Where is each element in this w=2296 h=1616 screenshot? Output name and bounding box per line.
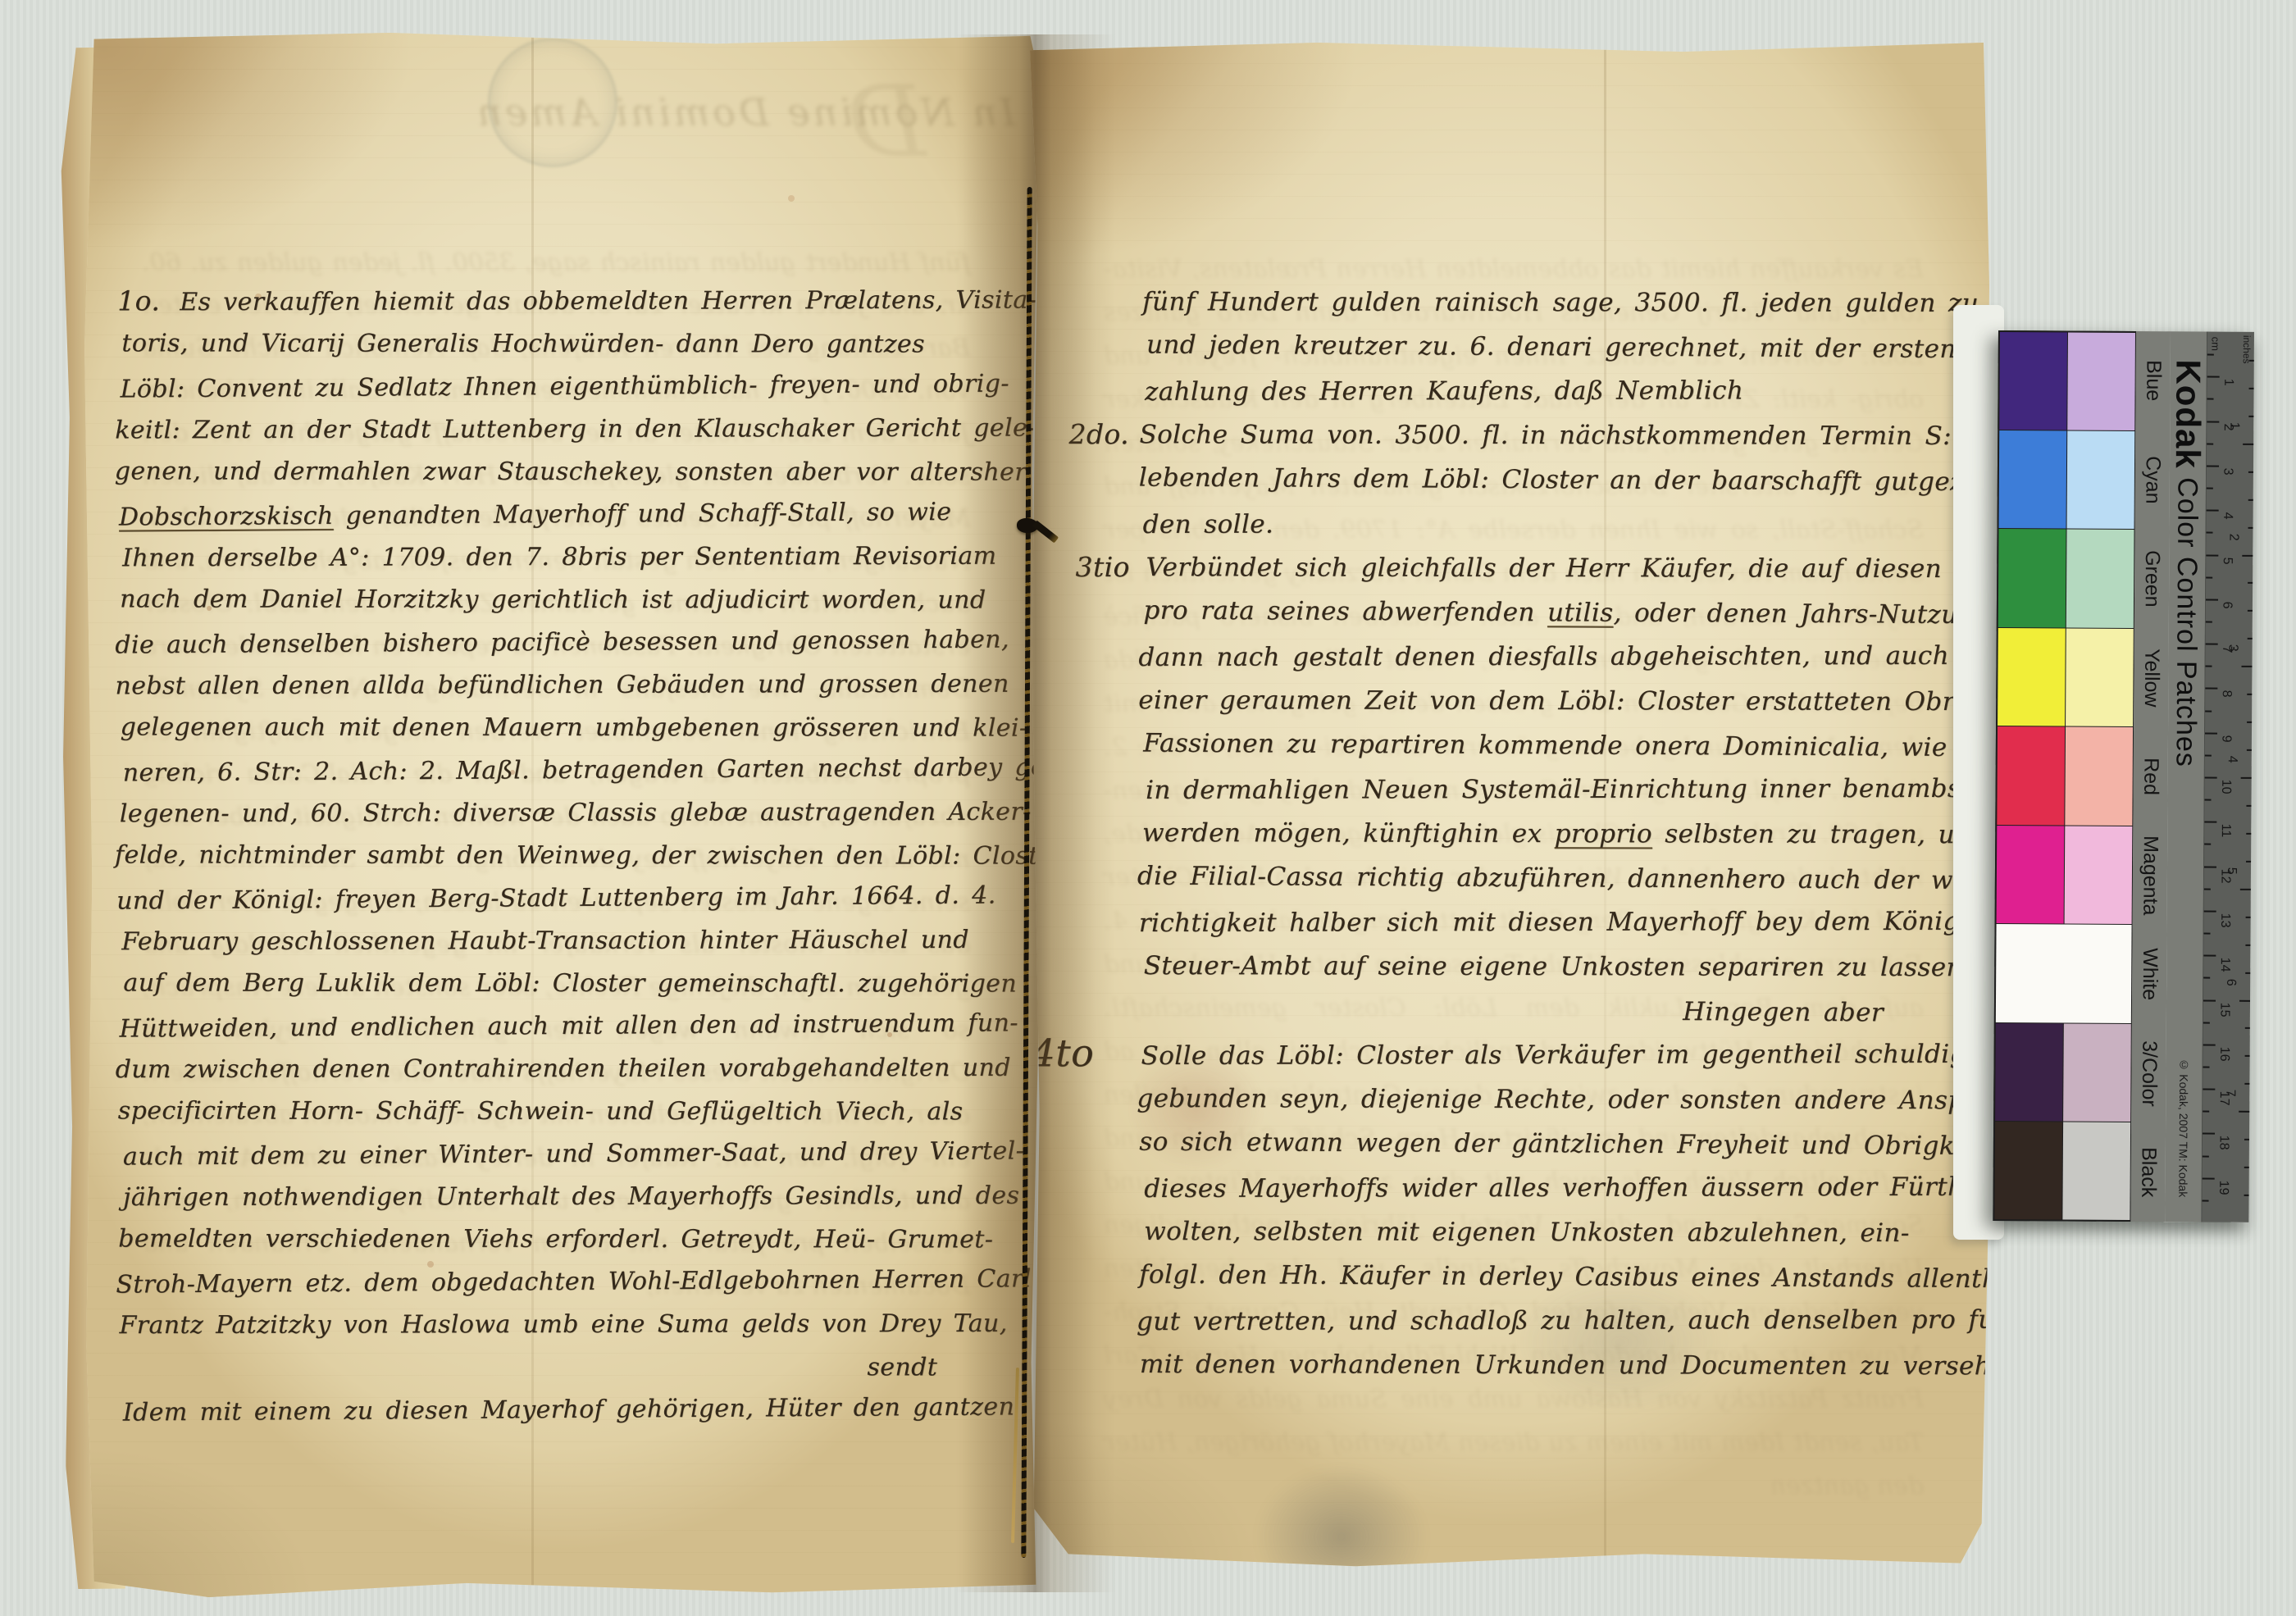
ruler-tick — [2244, 1139, 2249, 1140]
manuscript-line: legenen- und, 60. Strch: diversæ Classis… — [119, 791, 1014, 835]
patch-name-cell: White — [2132, 925, 2166, 1024]
ruler-tick — [2203, 1022, 2209, 1023]
ruler-tick — [2204, 844, 2211, 845]
handwritten-text-block: 1o.Es verkauffen hiemit das obbemeldten … — [117, 278, 1016, 1433]
manuscript-line: dann nach gestalt denen diesfalls abgehe… — [1066, 634, 1961, 680]
ruler-tick — [2203, 1089, 2215, 1090]
manuscript-line-text: gelegenen auch mit denen Mauern umbgeben… — [121, 712, 1028, 742]
manuscript-line-text: Steuer-Ambt auf seine eigene Unkosten se… — [1144, 951, 1972, 982]
manuscript-line-text: Hingegen aber — [1683, 997, 1884, 1027]
color-patch — [1995, 1023, 2063, 1122]
color-patch — [2066, 628, 2134, 726]
ruler-tick — [2203, 910, 2216, 912]
manuscript-line: Fassionen zu repartiren kommende onera D… — [1071, 721, 1961, 770]
manuscript-line: jährigen nothwendigen Unterhalt des Maye… — [123, 1175, 1015, 1219]
manuscript-line-text: so sich etwann wegen der gäntzlichen Fre… — [1139, 1127, 2088, 1162]
ruler-tick — [2249, 360, 2254, 362]
manuscript-line: mit denen vorhandenen Urkunden und Docum… — [1068, 1342, 1961, 1388]
ruler-tick — [2241, 777, 2252, 779]
ruler-tick — [2246, 805, 2251, 807]
ruler-tick — [2203, 933, 2210, 935]
manuscript-line: den solle. — [1071, 501, 1962, 547]
patch-name-cell: Blue — [2136, 331, 2171, 430]
ruler-tick — [2248, 610, 2253, 612]
ruler-tick — [2207, 354, 2213, 356]
ruler-number: 16 — [2216, 1046, 2231, 1061]
ruler-tick — [2244, 1195, 2249, 1196]
manuscript-line-text: gebunden seyn, diejenige Rechte, oder so… — [1137, 1084, 2034, 1115]
manuscript-line-text: wolten, selbsten mit eigenen Unkosten ab… — [1144, 1217, 1910, 1248]
ruler-number: 19 — [2216, 1180, 2230, 1195]
ruler-tick — [2248, 526, 2253, 528]
manuscript-line: Ihnen derselbe A°: 1709. den 7. 8bris pe… — [122, 535, 1014, 580]
ruler-number: 10 — [2218, 780, 2233, 794]
ruler-tick — [2247, 722, 2252, 723]
manuscript-line-text: und der Königl: freyen Berg-Stadt Lutten… — [116, 881, 996, 916]
manuscript-line-text: neren, 6. Str: 2. Ach: 2. Maßl. betragen… — [123, 753, 1055, 787]
strip-copyright: © Kodak, 2007 TM: Kodak — [2176, 1058, 2190, 1198]
ruler-tick — [2246, 861, 2251, 863]
manuscript-line-text: Dobschorzskisch genandten Mayerhoff und … — [119, 498, 952, 532]
ruler-number: 6 — [2219, 601, 2234, 608]
manuscript-line: gelegenen auch mit denen Mauern umbgeben… — [121, 706, 1014, 749]
ruler-tick — [2245, 1027, 2250, 1029]
ruler-number: 9 — [2218, 735, 2233, 742]
patch-name-cell: Magenta — [2133, 826, 2167, 925]
color-patch — [1998, 430, 2066, 529]
manuscript-line-text: Solle das Löbl: Closter als Verkäufer im… — [1141, 1040, 2029, 1071]
handwritten-text-block: fünf Hundert gulden rainisch sage, 3500.… — [1068, 280, 1962, 1388]
manuscript-line: dieses Mayerhoffs wider alles verhoffen … — [1072, 1165, 1961, 1211]
archival-photo: In Nomine Domini Amen D fünf Hundert gul… — [0, 0, 2296, 1616]
manuscript-line-text: Hüttweiden, und endlichen auch mit allen… — [119, 1008, 1018, 1043]
manuscript-line: nebst allen denen allda befündlichen Geb… — [116, 663, 1014, 708]
ruler-tick — [2241, 666, 2252, 667]
manuscript-line: dum zwischen denen Contrahirenden theile… — [116, 1047, 1015, 1091]
manuscript-line-text: den solle. — [1143, 510, 1274, 539]
manuscript-line-text: keitl: Zent an der Stadt Luttenberg in d… — [115, 413, 1036, 444]
ruler-tick — [2207, 398, 2213, 400]
color-patch — [2062, 1122, 2130, 1220]
manuscript-line: Löbl: Convent zu Sedlatz Ihnen eigenthüm… — [120, 362, 1014, 411]
ruler-number: 5 — [2220, 557, 2234, 564]
ruler-tick — [2206, 510, 2218, 512]
manuscript-line: neren, 6. Str: 2. Ach: 2. Maßl. betragen… — [122, 746, 1014, 794]
section-marker: 3tio — [1076, 545, 1130, 589]
ruler-tick — [2247, 749, 2252, 751]
ruler-number: 14 — [2217, 958, 2232, 972]
ruler-number: 13 — [2217, 913, 2232, 928]
patch-name-cell: 3/Color — [2131, 1024, 2166, 1123]
ruler-tick — [2205, 644, 2217, 645]
color-patch — [2066, 430, 2134, 529]
kodak-brand-label: Kodak — [2169, 359, 2208, 469]
color-patch-row — [1998, 331, 2135, 430]
ruler-tick — [2203, 977, 2210, 979]
manuscript-line-text: folgl. den Hh. Käufer in derley Casibus … — [1139, 1260, 2071, 1295]
color-patch — [1998, 628, 2066, 726]
manuscript-line: specificirten Horn- Schäff- Schwein- und… — [118, 1090, 1015, 1134]
manuscript-line-text: auf dem Berg Luklik dem Löbl: Closter ge… — [123, 969, 1017, 999]
manuscript-line: in dermahligen Neuen Systemäl-Einrichtun… — [1073, 767, 1961, 813]
manuscript-line: werden mögen, künftighin ex proprio selb… — [1069, 811, 1961, 857]
color-patch-row — [1996, 825, 2133, 924]
color-patch — [1999, 332, 2067, 430]
ruler-tick — [2247, 694, 2252, 695]
manuscript-line: 4toSolle das Löbl: Closter als Verkäufer… — [1068, 1032, 1961, 1078]
ruler-number: 3 — [2225, 644, 2240, 652]
color-patch-row — [1997, 627, 2134, 726]
manuscript-line-text: bemeldten verschiedenen Viehs erforderl.… — [119, 1225, 994, 1254]
manuscript-line-text: nebst allen denen allda befündlichen Geb… — [116, 670, 1009, 701]
manuscript-line-text: toris, und Vicarij Generalis Hochwürden-… — [121, 329, 925, 358]
manuscript-line-text: auch mit dem zu einer Winter- und Sommer… — [123, 1136, 1024, 1171]
ruler-tick — [2204, 822, 2216, 823]
color-patch — [2067, 332, 2135, 430]
patch-name-cell: Red — [2134, 727, 2168, 826]
manuscript-line-text: die Filial-Cassa richtig abzuführen, dan… — [1137, 862, 2030, 896]
manuscript-line-text: Verbündet sich gleichfalls der Herr Käuf… — [1146, 553, 2091, 584]
ruler-tick — [2203, 955, 2216, 957]
section-marker: 2do. — [1068, 412, 1129, 457]
ruler-number: 1 — [2221, 379, 2235, 386]
ruler-tick — [2206, 599, 2218, 600]
patch-name-cell: Yellow — [2134, 628, 2168, 727]
manuscript-line-text: Idem mit einem zu diesen Mayerhof gehöri… — [123, 1392, 1015, 1427]
manuscript-line: und jeden kreutzer zu. 6. denari gerechn… — [1074, 322, 1962, 371]
ruler-tick — [2249, 388, 2254, 389]
ruler-tick — [2248, 416, 2253, 417]
ruler-tick — [2242, 554, 2253, 556]
manuscript-line: Hingegen aber — [1073, 986, 1961, 1036]
manuscript-line-text: in dermahligen Neuen Systemäl-Einrichtun… — [1146, 774, 1987, 805]
ruler-number: 11 — [2218, 824, 2233, 838]
ruler-tick — [2203, 1066, 2209, 1067]
patch-name-label: 3/Color — [2137, 1040, 2161, 1107]
manuscript-line: einer geraumen Zeit von dem Löbl: Closte… — [1066, 678, 1961, 724]
kodak-color-control-strip: BlueCyanGreenYellowRedMagentaWhite3/Colo… — [1993, 330, 2254, 1222]
manuscript-line-text: Es verkauffen hiemit das obbemeldten Her… — [180, 285, 1036, 316]
color-patch-row — [1998, 529, 2134, 628]
manuscript-line-text: dum zwischen denen Contrahirenden theile… — [116, 1054, 1011, 1084]
ruler-tick — [2207, 465, 2219, 467]
ruler-tick — [2245, 944, 2250, 945]
manuscript-line: auch mit dem zu einer Winter- und Sommer… — [123, 1130, 1016, 1178]
ruler-tick — [2203, 1133, 2215, 1135]
ruler-number: 6 — [2223, 978, 2238, 986]
manuscript-line-text: Solche Suma von. 3500. fl. in nächstkomm… — [1139, 420, 2089, 451]
color-patch — [1997, 726, 2065, 825]
manuscript-line: die auch denselben bishero pacificè bese… — [115, 618, 1014, 667]
ruler-number: 7 — [2222, 1090, 2237, 1097]
patch-name-label: Cyan — [2140, 456, 2164, 504]
ruler-tick — [2202, 1199, 2208, 1201]
ruler-tick — [2205, 710, 2212, 712]
manuscript-line: pro rata seines abwerfenden utilis, oder… — [1071, 588, 1962, 637]
ruler-tick — [2205, 732, 2217, 734]
ruler-tick — [2248, 638, 2253, 640]
ruler-tick — [2207, 376, 2219, 378]
manuscript-line: folgl. den Hh. Käufer in derley Casibus … — [1067, 1252, 1961, 1301]
ruler-tick — [2205, 621, 2212, 622]
color-patch — [1998, 529, 2066, 627]
ruler-tick — [2204, 866, 2216, 867]
manuscript-line: Hüttweiden, und endlichen auch mit allen… — [119, 1002, 1015, 1050]
manuscript-line: keitl: Zent an der Stadt Luttenberg in d… — [115, 407, 1014, 453]
ruler-cm-label: cm — [2209, 337, 2221, 351]
ruler-tick — [2204, 777, 2216, 779]
color-patch-row — [1994, 1022, 2131, 1122]
manuscript-line-text: jährigen nothwendigen Unterhalt des Maye… — [123, 1181, 1019, 1212]
manuscript-line: 2do.Solche Suma von. 3500. fl. in nächst… — [1067, 412, 1961, 458]
manuscript-line: richtigkeit halber sich mit diesen Mayer… — [1067, 899, 1961, 945]
bleed-through-title: In Nomine Domini Amen — [269, 90, 1015, 134]
ruler-number: 3 — [2220, 468, 2234, 476]
ruler-tick — [2206, 554, 2218, 556]
manuscript-line: Dobschorzskisch genandten Mayerhoff und … — [119, 490, 1014, 539]
strip-title-column: Kodak Color Control Patches © Kodak, 200… — [2165, 331, 2206, 1222]
manuscript-line-text: richtigkeit halber sich mit diesen Mayer… — [1139, 906, 2064, 938]
manuscript-line-text: Löbl: Convent zu Sedlatz Ihnen eigenthüm… — [120, 370, 1009, 404]
ruler-tick — [2202, 1177, 2214, 1179]
color-patch — [1994, 1122, 2062, 1220]
manuscript-line: Stroh-Mayern etz. dem obgedachten Wohl-E… — [116, 1258, 1015, 1306]
foxing-spots — [84, 33, 88, 36]
ruler-tick — [2244, 1083, 2249, 1085]
manuscript-line: gebunden seyn, diejenige Rechte, oder so… — [1064, 1077, 1961, 1122]
section-marker: 1o. — [117, 280, 160, 322]
ruler-tick — [2206, 488, 2212, 489]
manuscript-line: bemeldten verschiedenen Viehs erforderl.… — [119, 1218, 1016, 1262]
ruler-tick — [2245, 972, 2250, 973]
ruler-tick — [2245, 1055, 2250, 1057]
manuscript-line-text: Stroh-Mayern etz. dem obgedachten Wohl-E… — [116, 1264, 1032, 1299]
strip-title-rest: Color Control Patches — [2171, 469, 2203, 767]
manuscript-line: Steuer-Ambt auf seine eigene Unkosten se… — [1072, 944, 1961, 990]
ruler-tick — [2246, 917, 2251, 918]
manuscript-line: 3tioVerbündet sich gleichfalls der Herr … — [1074, 545, 1962, 591]
patch-name-cell: Black — [2131, 1122, 2166, 1222]
manuscript-line: nach dem Daniel Horzitzky gerichtlich is… — [120, 578, 1014, 621]
manuscript-line-text: genen, und dermahlen zwar Stauschekey, s… — [114, 457, 1026, 486]
manuscript-line-text: Frantz Patzitzky von Haslowa umb eine Su… — [119, 1309, 1007, 1340]
ruler-tick — [2204, 754, 2211, 756]
manuscript-line: Idem mit einem zu diesen Mayerhof gehöri… — [123, 1386, 1016, 1434]
patch-name-label: White — [2138, 948, 2162, 1000]
ruler-tick — [2243, 444, 2253, 445]
gray-stain — [1255, 1465, 1428, 1609]
manuscript-line: gut vertretten, und schadloß zu halten, … — [1064, 1298, 1961, 1344]
manuscript-line: fünf Hundert gulden rainisch sage, 3500.… — [1070, 280, 1962, 325]
color-patch-row — [1993, 1121, 2130, 1220]
manuscript-line: so sich etwann wegen der gäntzlichen Fre… — [1067, 1119, 1961, 1168]
color-patch — [1995, 924, 2131, 1022]
ruler-tick — [2248, 582, 2253, 584]
manuscript-line: felde, nichtminder sambt den Weinweg, de… — [115, 834, 1014, 877]
manuscript-line: Frantz Patzitzky von Haslowa umb eine Su… — [119, 1303, 1015, 1347]
manuscript-line: zahlung des Herren Kaufens, daß Nemblich — [1072, 368, 1962, 414]
patch-name-label: Yellow — [2139, 649, 2163, 708]
manuscript-line-text: einer geraumen Zeit von dem Löbl: Closte… — [1138, 685, 2047, 717]
ruler-number: 4 — [2220, 512, 2234, 520]
ruler-number: 18 — [2216, 1136, 2230, 1150]
patch-name-label: Magenta — [2138, 835, 2162, 915]
manuscript-page-left: In Nomine Domini Amen D fünf Hundert gul… — [84, 33, 1040, 1597]
ruler-tick — [2203, 999, 2216, 1001]
manuscript-line: genen, und dermahlen zwar Stauschekey, s… — [114, 450, 1013, 494]
patch-name-cell: Green — [2134, 529, 2169, 628]
ruler-tick — [2204, 799, 2211, 801]
manuscript-line-text: mit denen vorhandenen Urkunden und Docum… — [1140, 1350, 2032, 1381]
ruler-tick — [2239, 1111, 2249, 1113]
manuscript-line-text: specificirten Horn- Schäff- Schwein- und… — [118, 1097, 963, 1127]
bleed-through-flourish: D — [847, 66, 926, 180]
color-patch-row — [1998, 430, 2135, 529]
ruler-number: 5 — [2224, 867, 2239, 874]
manuscript-line-text: sendt — [868, 1353, 938, 1382]
ruler-tick — [2248, 471, 2253, 473]
manuscript-page-right: Es verkauffen hiemit das obbemeldten Her… — [1030, 43, 1989, 1569]
manuscript-line-text: Ihnen derselbe A°: 1709. den 7. 8bris pe… — [122, 542, 997, 573]
color-patch — [2065, 727, 2133, 826]
manuscript-line-text: pro rata seines abwerfenden utilis, oder… — [1143, 596, 2031, 630]
manuscript-line: auf dem Berg Luklik dem Löbl: Closter ge… — [123, 963, 1014, 1006]
patch-name-label: Black — [2136, 1147, 2160, 1197]
manuscript-line: die Filial-Cassa richtig abzuführen, dan… — [1065, 854, 1961, 903]
manuscript-line-text: fünf Hundert gulden rainisch sage, 3500.… — [1142, 287, 2086, 318]
manuscript-line: sendt — [124, 1346, 1016, 1390]
ruler-tick — [2202, 1155, 2208, 1157]
manuscript-line: toris, und Vicarij Generalis Hochwürden-… — [121, 322, 1013, 366]
ruler-tick — [2207, 421, 2219, 422]
color-patch — [2063, 1023, 2131, 1122]
manuscript-line-text: und jeden kreutzer zu. 6. denari gerechn… — [1146, 330, 2025, 364]
manuscript-line-text: legenen- und, 60. Strch: diversæ Classis… — [119, 798, 1031, 829]
ruler-tick — [2205, 688, 2217, 690]
ruler-number: 8 — [2219, 690, 2234, 698]
ruler-number: 15 — [2216, 1002, 2231, 1017]
manuscript-line: February geschlossenen Haubt-Transaction… — [121, 919, 1014, 963]
color-patch-column — [1993, 330, 2136, 1222]
ruler-tick — [2240, 889, 2251, 890]
ruler-tick — [2203, 888, 2210, 890]
section-marker: 4to — [1031, 1031, 1094, 1075]
blind-seal — [488, 38, 617, 167]
patch-name-column: BlueCyanGreenYellowRedMagentaWhite3/Colo… — [2131, 331, 2171, 1222]
color-patch — [2064, 826, 2132, 924]
patch-name-cell: Cyan — [2135, 430, 2170, 530]
manuscript-line-text: gut vertretten, und schadloß zu halten, … — [1137, 1305, 2050, 1337]
ruler-tick — [2244, 1167, 2249, 1168]
manuscript-line-text: felde, nichtminder sambt den Weinweg, de… — [115, 840, 1066, 870]
manuscript-line: 1o.Es verkauffen hiemit das obbemeldten … — [117, 278, 1013, 325]
patch-name-label: Blue — [2141, 360, 2165, 401]
manuscript-line: lebenden Jahrs dem Löbl: Closter an der … — [1066, 455, 1962, 504]
ruler-number: 2 — [2225, 533, 2240, 540]
ruler-number: 4 — [2225, 756, 2239, 763]
ruler-tick — [2207, 443, 2213, 444]
ruler-tick — [2206, 576, 2212, 578]
ruler-number: 1 — [2226, 421, 2241, 429]
manuscript-line-text: nach dem Daniel Horzitzky gerichtlich is… — [120, 585, 986, 614]
ruler-tick — [2239, 999, 2250, 1001]
color-patch-row — [1996, 726, 2133, 826]
ruler-tick — [2206, 532, 2212, 534]
patch-name-label: Red — [2139, 758, 2162, 795]
color-patch-row — [1995, 924, 2132, 1023]
manuscript-line-text: Fassionen zu repartiren kommende onera D… — [1143, 729, 2069, 763]
manuscript-line-text: dieses Mayerhoffs wider alles verhoffen … — [1144, 1172, 1998, 1204]
ruler-tick — [2248, 498, 2253, 500]
manuscript-line: wolten, selbsten mit eigenen Unkosten ab… — [1072, 1209, 1961, 1255]
ruler-tick — [2246, 833, 2251, 835]
ruler-tick — [2205, 666, 2212, 667]
manuscript-line: und der Königl: freyen Berg-Stadt Lutten… — [116, 874, 1014, 922]
manuscript-line-text: die auch denselben bishero pacificè bese… — [115, 626, 1009, 660]
patch-name-label: Green — [2140, 550, 2164, 608]
color-patch — [1996, 826, 2064, 924]
manuscript-line-text: zahlung des Herren Kaufens, daß Nemblich — [1144, 376, 1742, 407]
ruler-tick — [2203, 1111, 2209, 1113]
color-patch — [2066, 530, 2134, 628]
manuscript-line-text: werden mögen, künftighin ex proprio selb… — [1141, 818, 2025, 849]
manuscript-line-text: February geschlossenen Haubt-Transaction… — [121, 926, 969, 956]
strip-title: Kodak Color Control Patches — [2166, 359, 2208, 767]
ruler-tick — [2203, 1044, 2215, 1045]
ruler: cm inches 123456789101112131415161718191… — [2201, 332, 2254, 1222]
